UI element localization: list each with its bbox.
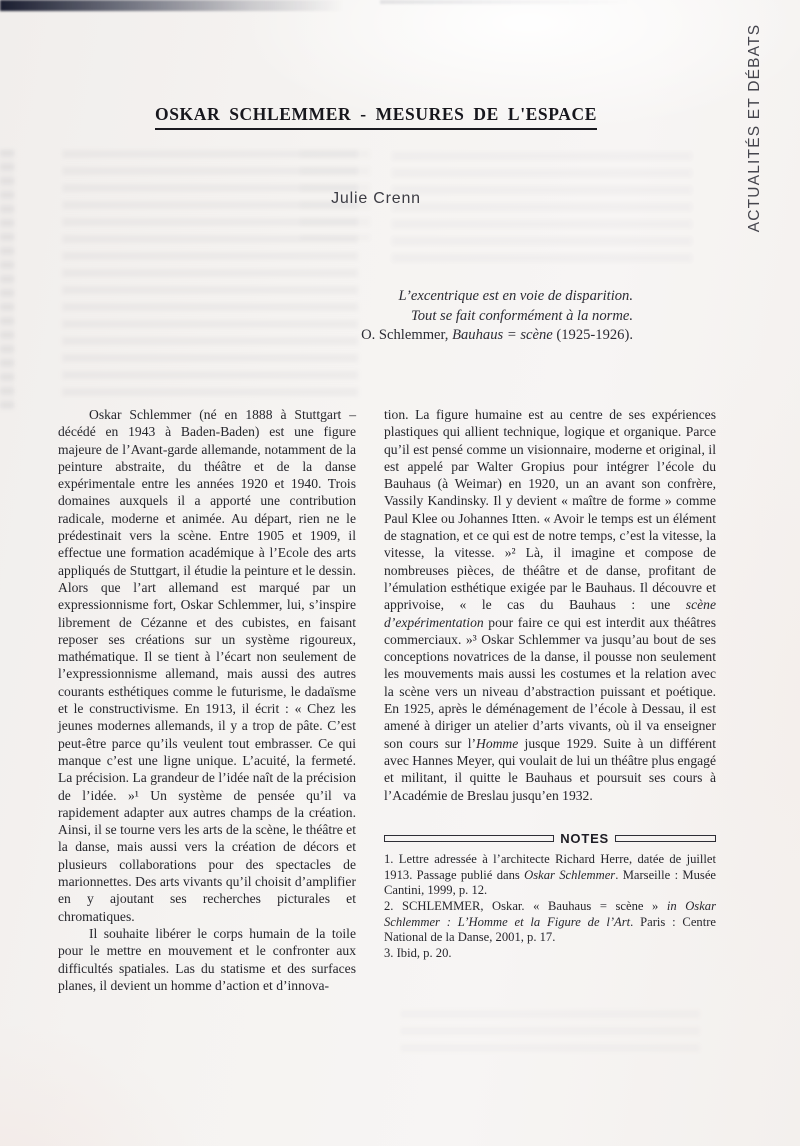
scan-smudge-left-edge: [0, 150, 14, 410]
page-showthrough-ghosting: [400, 1010, 700, 1058]
note-item: 3. Ibid, p. 20.: [384, 946, 716, 962]
scan-shadow-top-right: [380, 0, 800, 4]
scan-shadow-top-left: [0, 0, 430, 11]
author-name: Julie Crenn: [331, 190, 421, 207]
note-item: 1. Lettre adressée à l’architecte Richar…: [384, 852, 716, 899]
note-item: 2. SCHLEMMER, Oskar. « Bauhaus = scène »…: [384, 899, 716, 946]
body-paragraph: Il souhaite libérer le corps humain de l…: [58, 925, 356, 994]
page-showthrough-ghosting: [392, 152, 692, 267]
notes-header: NOTES: [384, 830, 716, 847]
page-title: OSKAR SCHLEMMER - MESURES DE L'ESPACE: [155, 104, 597, 130]
notes-rule-right: [615, 835, 716, 842]
epigraph-attribution: O. Schlemmer, Bauhaus = scène (1925-1926…: [361, 326, 633, 346]
body-paragraph: tion. La figure humaine est au centre de…: [384, 406, 716, 804]
epigraph-line: L’excentrique est en voie de disparition…: [361, 287, 633, 307]
left-column: Oskar Schlemmer (né en 1888 à Stuttgart …: [58, 406, 356, 994]
notes-label: NOTES: [558, 830, 611, 847]
journal-section-label: ACTUALITÉS ET DÉBATS: [746, 24, 764, 233]
author-block: Julie Crenn: [40, 190, 712, 208]
right-column: tion. La figure humaine est au centre de…: [384, 406, 716, 994]
notes-rule-left: [384, 835, 554, 842]
page-showthrough-ghosting: [62, 150, 358, 405]
epigraph: L’excentrique est en voie de disparition…: [361, 287, 633, 346]
article-body: Oskar Schlemmer (né en 1888 à Stuttgart …: [58, 406, 716, 994]
body-paragraph: Oskar Schlemmer (né en 1888 à Stuttgart …: [58, 406, 356, 925]
epigraph-line: Tout se fait conformément à la norme.: [361, 307, 633, 327]
scanned-journal-page: { "colors": { "paper": "#f4f1ee", "ink":…: [0, 0, 800, 1146]
title-block: OSKAR SCHLEMMER - MESURES DE L'ESPACE: [40, 104, 712, 130]
notes-list: 1. Lettre adressée à l’architecte Richar…: [384, 852, 716, 961]
notes-section: NOTES 1. Lettre adressée à l’architecte …: [384, 830, 716, 961]
